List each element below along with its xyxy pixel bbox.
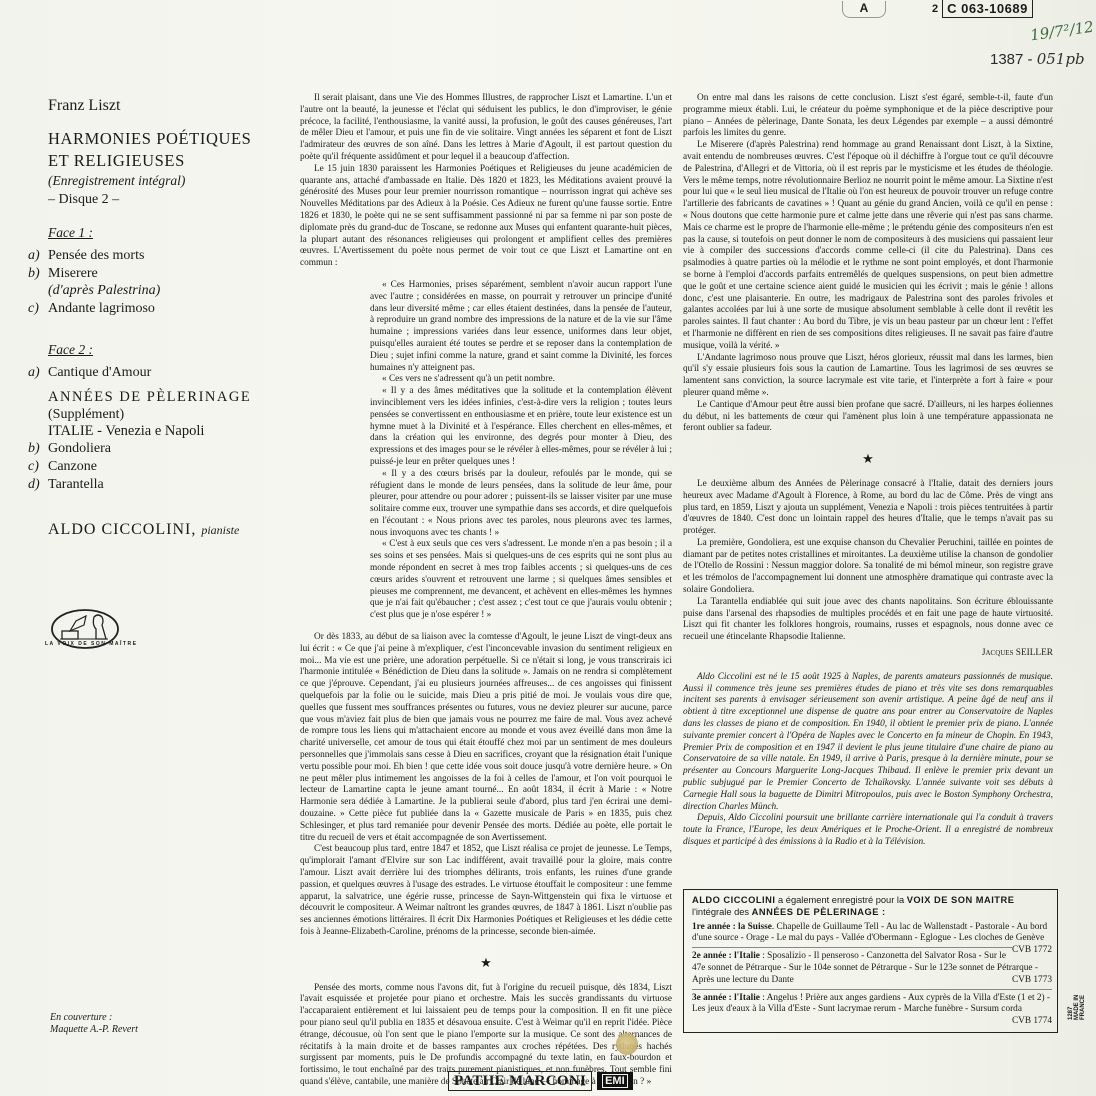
publisher-footer: PATHE MARCONI EMI [448,1071,633,1091]
track-item: d)Tarantella [48,476,278,493]
year-entry: 2e année : l'Italie : Sposalizio - Il pe… [692,951,1052,986]
track-title: Cantique d'Amour [48,365,151,380]
catalog-prefix: 2 [932,3,938,15]
paragraph: Le Cantique d'Amour peut être aussi bien… [683,400,1053,435]
side-indicator: A [842,1,886,18]
logo-caption: La Voix de son Maître [45,641,137,647]
performer: ALDO CICCOLINI, pianiste [48,521,278,539]
paragraph: La Tarantella endiablée qui suit joue av… [683,597,1053,644]
paragraph: Le deuxième album des Années de Pèlerina… [683,479,1053,538]
track-item: a)Pensée des morts [48,247,278,264]
composer: Franz Liszt [48,97,278,114]
year-entry: 3e année : l'Italie : Angelus ! Prière a… [692,993,1052,1017]
paragraph: Le 15 juin 1830 paraissent les Harmonies… [300,164,672,270]
cover-credits: En couverture : Maquette A.-P. Revert [50,1012,138,1036]
paragraph: Le Miserere (d'après Palestrina) rend ho… [683,140,1053,352]
track-item: c)Canzone [48,458,278,475]
stamp-number: 1387 - [990,51,1033,68]
lamartine-quote: « Ces Harmonies, prises séparément, semb… [370,280,672,622]
track-title: Canzone [48,459,97,474]
album-title-line2: ET RELIGIEUSES [48,150,278,172]
divider [692,989,1052,990]
paragraph: L'Andante lagrimoso nous prouve que Lisz… [683,353,1053,400]
disc-number: – Disque 2 – [48,191,278,208]
track-title: Andante lagrimoso [48,301,155,316]
track-item: a)Cantique d'Amour [48,364,278,381]
emi-logo-icon: EMI [597,1072,633,1090]
album-subtitle: (Enregistrement intégral) [48,172,278,189]
track-title: Miserere [48,266,98,281]
star-separator-icon: ★ [300,957,672,969]
track-item: b)Gondoliera [48,440,278,457]
also-recorded-heading: ALDO CICCOLINI a également enregistré po… [692,895,1052,919]
stamp-handwritten: 051pb [1037,50,1085,68]
track-title: Gondoliera [48,441,111,456]
annees-title: ANNÉES DE PÈLERINAGE [48,389,278,406]
track-note: (d'après Palestrina) [48,282,278,299]
catalog-ref: CVB 1772 [1012,945,1052,957]
paragraph: Il serait plaisant, dans une Vie des Hom… [300,93,672,164]
track-title: Tarantella [48,477,104,492]
pathe-marconi-logo: PATHE MARCONI [448,1071,592,1091]
track-item: b)Miserere(d'après Palestrina) [48,265,278,299]
his-masters-voice-logo-icon [50,607,120,657]
paragraph: La première, Gondoliera, est une exquise… [683,538,1053,597]
divider [692,947,1012,948]
catalog-number: 2 C 063-10689 [932,0,1033,18]
author-signature: Jacques SEILLER [683,648,1053,660]
paragraph: C'est beaucoup plus tard, entre 1847 et … [300,844,672,938]
track-title: Pensée des morts [48,248,144,263]
track-listing: Franz Liszt HARMONIES POÉTIQUES ET RELIG… [48,97,278,539]
album-title-line1: HARMONIES POÉTIQUES [48,128,278,150]
face1-label: Face 1 : [48,224,278,241]
artist-biography: Aldo Ciccolini est né le 15 août 1925 à … [683,672,1053,849]
catalog-code: C 063-10689 [942,0,1033,18]
paragraph: On entre mal dans les raisons de cette c… [683,93,1053,140]
also-recorded-box: ALDO CICCOLINI a également enregistré po… [683,889,1058,1033]
catalog-ref: CVB 1774 [1012,1016,1052,1028]
year-entry: 1re année : la Suisse. Chapelle de Guill… [692,922,1052,946]
catalog-ref: CVB 1773 [1012,975,1052,987]
paragraph: Or dès 1833, au début de sa liaison avec… [300,632,672,844]
performer-role: pianiste [201,523,239,537]
annees-region: ITALIE - Venezia e Napoli [48,423,278,440]
track-item: c)Andante lagrimoso [48,300,278,317]
liner-notes-column-2: On entre mal dans les raisons de cette c… [683,93,1053,849]
annees-supplement: (Supplément) [48,406,278,423]
face2-label: Face 2 : [48,341,278,358]
made-in-france-note: 1287 MADE IN FRANCE [1068,992,1086,1020]
liner-notes-column-1: Il serait plaisant, dans une Vie des Hom… [300,93,672,1089]
stock-stamp: 1387 - 051pb [990,50,1085,68]
star-separator-icon: ★ [683,453,1053,465]
paper-stain [616,1033,638,1055]
